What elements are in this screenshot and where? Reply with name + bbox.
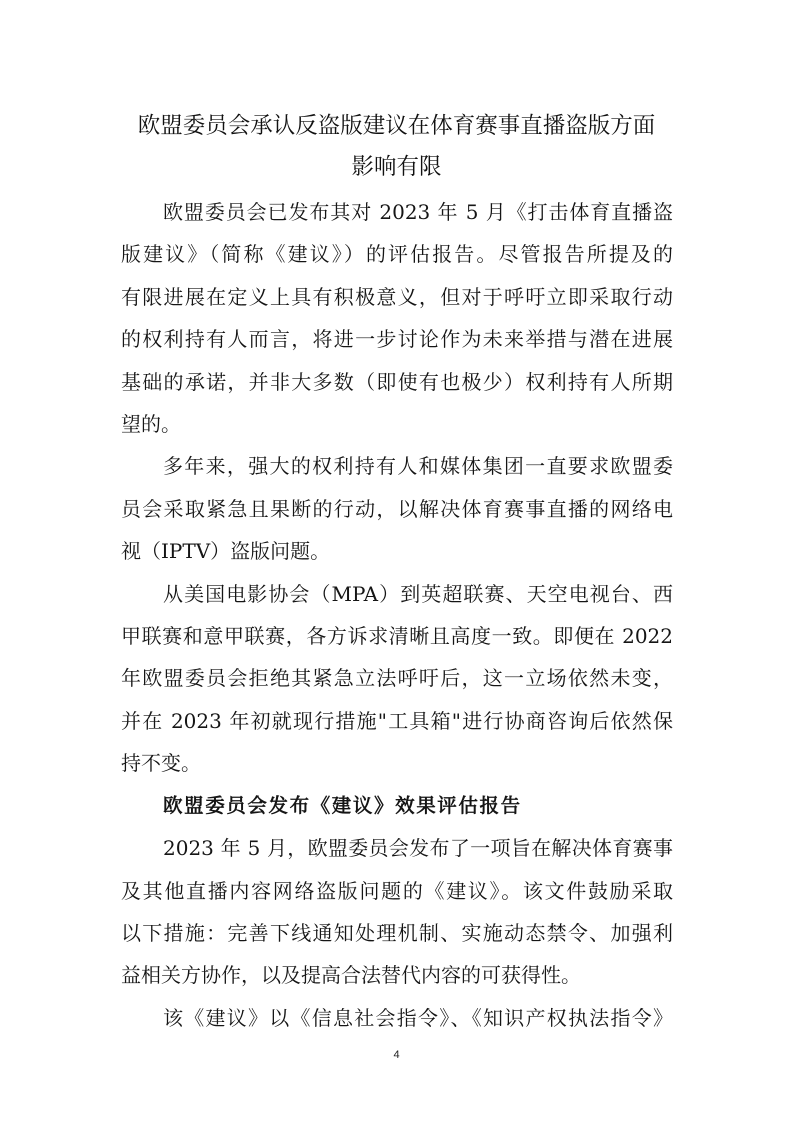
text-line: 多年来，强大的权利持有人和媒体集团一直要求欧盟委 <box>121 445 673 487</box>
article-title: 欧盟委员会承认反盗版建议在体育赛事直播盗版方面 影响有限 <box>110 106 683 188</box>
text-line: 该《建议》以《信息社会指令》、《知识产权执法指令》 <box>121 997 673 1039</box>
paragraph-2: 多年来，强大的权利持有人和媒体集团一直要求欧盟委 员会采取紧急且果断的行动，以解… <box>121 445 673 572</box>
text-line: 版建议》（简称《建议》）的评估报告。尽管报告所提及的 <box>121 233 673 275</box>
article-body: 欧盟委员会已发布其对 2023 年 5 月《打击体育直播盗 版建议》（简称《建议… <box>121 191 673 1039</box>
title-line-2: 影响有限 <box>110 147 683 188</box>
section-heading: 欧盟委员会发布《建议》效果评估报告 <box>121 785 673 827</box>
page-number: 4 <box>0 1049 793 1061</box>
text-line: 及其他直播内容网络盗版问题的《建议》。该文件鼓励采取 <box>121 870 673 912</box>
text-line: 持不变。 <box>121 742 673 784</box>
text-line: 益相关方协作，以及提高合法替代内容的可获得性。 <box>121 954 673 996</box>
text-line: 2023 年 5 月，欧盟委员会发布了一项旨在解决体育赛事 <box>121 827 673 869</box>
text-line: 以下措施：完善下线通知处理机制、实施动态禁令、加强利 <box>121 912 673 954</box>
text-line: 的权利持有人而言，将进一步讨论作为未来举措与潜在进展 <box>121 318 673 360</box>
text-line: 视（IPTV）盗版问题。 <box>121 530 673 572</box>
text-line: 员会采取紧急且果断的行动，以解决体育赛事直播的网络电 <box>121 488 673 530</box>
text-line: 甲联赛和意甲联赛，各方诉求清晰且高度一致。即便在 2022 <box>121 615 673 657</box>
paragraph-4: 2023 年 5 月，欧盟委员会发布了一项旨在解决体育赛事 及其他直播内容网络盗… <box>121 827 673 997</box>
text-line: 并在 2023 年初就现行措施"工具箱"进行协商咨询后依然保 <box>121 700 673 742</box>
text-line: 基础的承诺，并非大多数（即使有也极少）权利持有人所期 <box>121 361 673 403</box>
text-line: 从美国电影协会（MPA）到英超联赛、天空电视台、西 <box>121 573 673 615</box>
document-page: 欧盟委员会承认反盗版建议在体育赛事直播盗版方面 影响有限 欧盟委员会已发布其对 … <box>0 0 793 1122</box>
paragraph-5: 该《建议》以《信息社会指令》、《知识产权执法指令》 <box>121 997 673 1039</box>
text-line: 有限进展在定义上具有积极意义，但对于呼吁立即采取行动 <box>121 276 673 318</box>
text-line: 欧盟委员会已发布其对 2023 年 5 月《打击体育直播盗 <box>121 191 673 233</box>
text-line: 年欧盟委员会拒绝其紧急立法呼吁后，这一立场依然未变， <box>121 657 673 699</box>
paragraph-3: 从美国电影协会（MPA）到英超联赛、天空电视台、西 甲联赛和意甲联赛，各方诉求清… <box>121 573 673 785</box>
title-line-1: 欧盟委员会承认反盗版建议在体育赛事直播盗版方面 <box>110 106 683 147</box>
paragraph-1: 欧盟委员会已发布其对 2023 年 5 月《打击体育直播盗 版建议》（简称《建议… <box>121 191 673 445</box>
text-line: 望的。 <box>121 403 673 445</box>
